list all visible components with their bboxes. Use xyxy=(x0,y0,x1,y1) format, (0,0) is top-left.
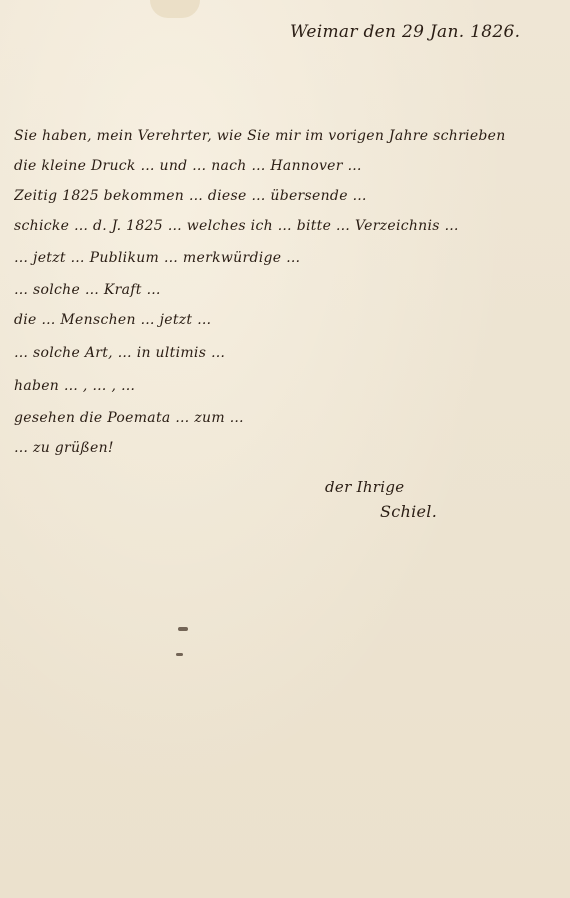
body-line: … solche … Kraft … xyxy=(14,282,554,298)
body-line: schicke … d. J. 1825 … welches ich … bit… xyxy=(14,218,554,234)
body-line: die … Menschen … jetzt … xyxy=(14,312,554,328)
signature: Schiel. xyxy=(380,502,500,521)
paper-stain xyxy=(150,0,200,18)
body-line: … solche Art, … in ultimis … xyxy=(14,345,554,361)
body-line: … jetzt … Publikum … merkwürdige … xyxy=(14,250,554,266)
dateline: Weimar den 29 Jan. 1826. xyxy=(290,22,530,42)
body-line: die kleine Druck … und … nach … Hannover… xyxy=(14,158,554,174)
ink-blot xyxy=(178,627,188,631)
letter-page: Weimar den 29 Jan. 1826. Sie haben, mein… xyxy=(0,0,570,898)
body-line: haben … , … , … xyxy=(14,378,554,394)
body-line: … zu grüßen! xyxy=(14,440,554,456)
body-line: gesehen die Poemata … zum … xyxy=(14,410,554,426)
closing: der Ihrige xyxy=(325,478,475,496)
ink-blot xyxy=(176,653,183,656)
body-line: Zeitig 1825 bekommen … diese … übersende… xyxy=(14,188,554,204)
body-line: Sie haben, mein Verehrter, wie Sie mir i… xyxy=(14,128,554,144)
